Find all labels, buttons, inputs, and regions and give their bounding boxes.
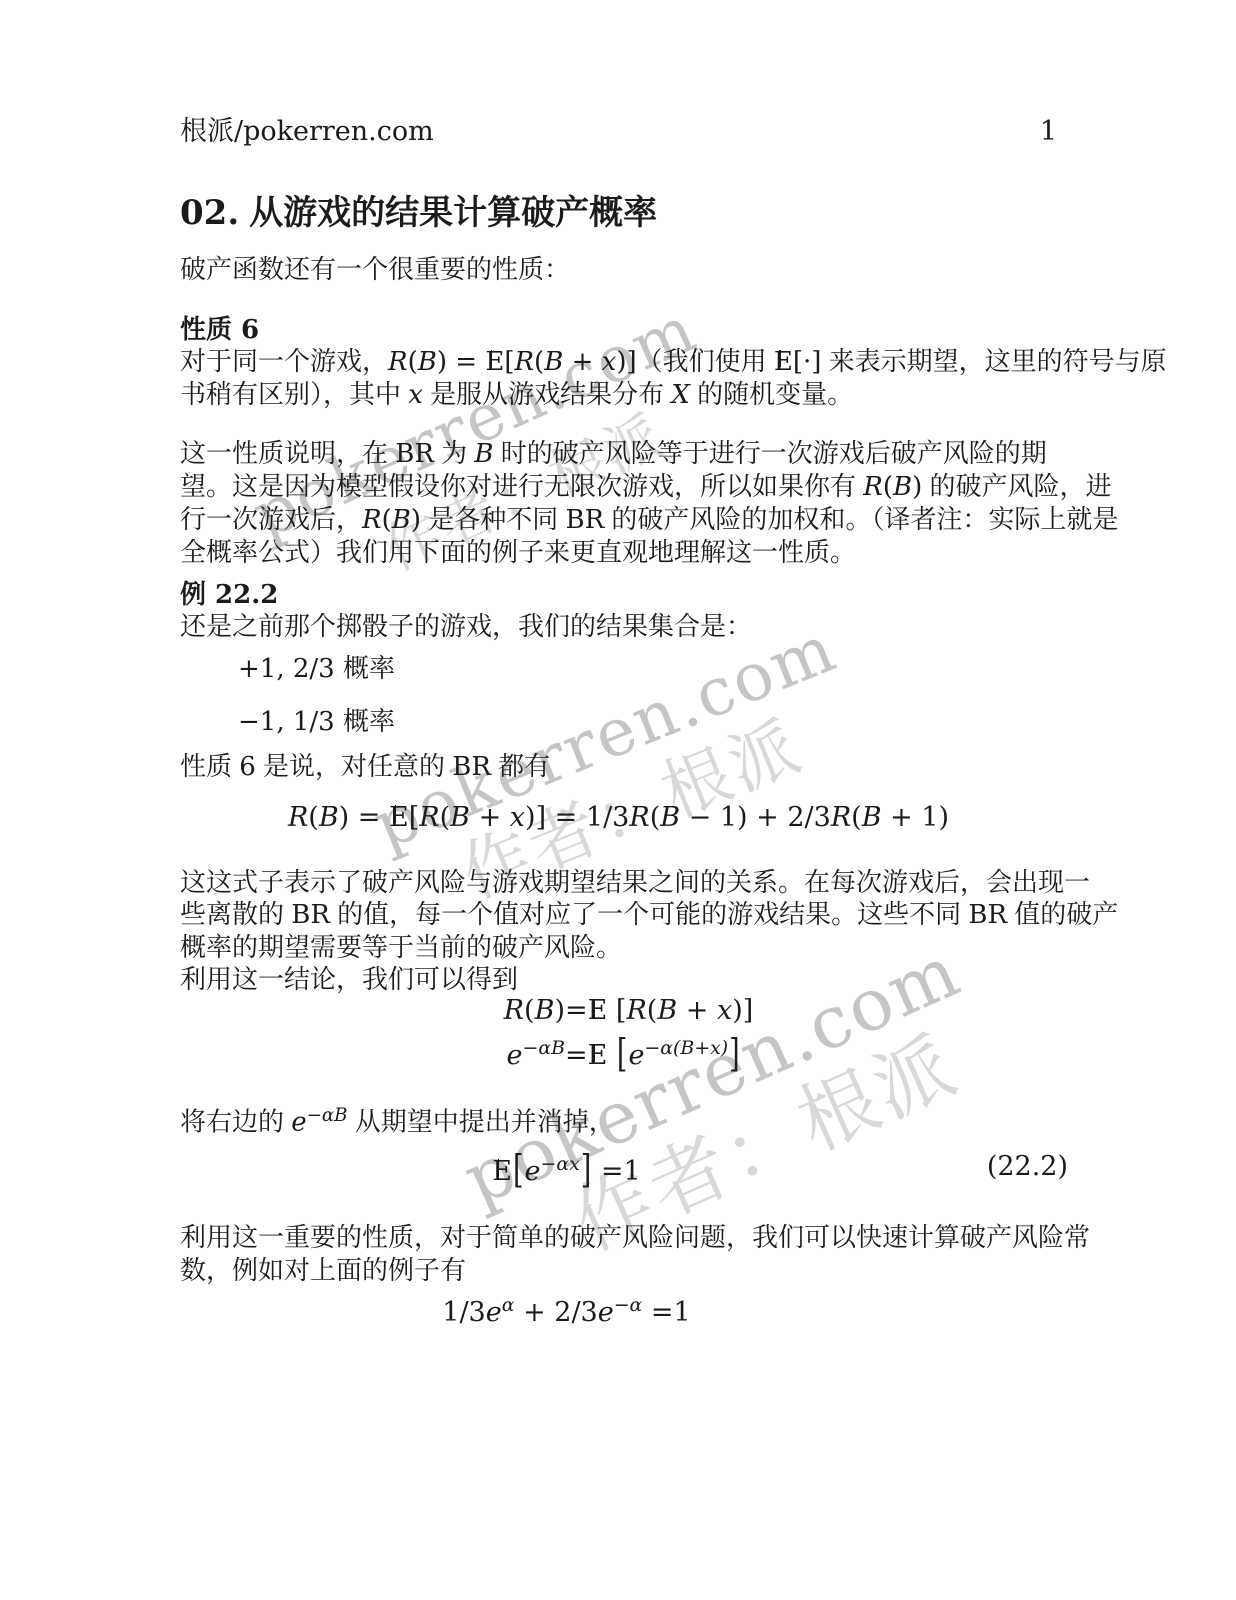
usage-paragraph: 利用这一重要的性质，对于简单的破产风险问题，我们可以快速计算破产风险常 数，例如… — [180, 1221, 1090, 1287]
intro-paragraph: 破产函数还有一个很重要的性质： — [180, 253, 570, 285]
equation-main-row: E[e−αx] =1 (22.2) — [180, 1147, 1057, 1189]
equation-recursion: R(B) = E[R(B + x)] = 1/3R(B − 1) + 2/3R(… — [180, 800, 1057, 835]
page-title: 02.从游戏的结果计算破产概率 — [180, 193, 657, 233]
example-heading-number: 22.2 — [215, 580, 278, 610]
equation-example-row: 1/3eα + 2/3e−α =1 — [180, 1288, 1057, 1330]
text-line: 行一次游戏后，R(B) 是各种不同 BR 的破产风险的加权和。（译者注：实际上就… — [180, 503, 1118, 536]
outcome-line-win: +1, 2/3 概率 — [238, 652, 395, 685]
equation-rhs: =E [R(B + x)] — [565, 995, 753, 1026]
equation-main: E[e−αx] =1 — [492, 1147, 640, 1189]
header-site-label: 根派/pokerren.com — [180, 116, 434, 148]
relation-paragraph: 这这式子表示了破产风险与游戏期望结果之间的关系。在每次游戏后，会出现一 些离散的… — [180, 866, 1118, 995]
text-line: 数，例如对上面的例子有 — [180, 1254, 1090, 1287]
equation-rhs: =E [e−α(B+x)] — [565, 1033, 753, 1071]
equation-example: 1/3eα + 2/3e−α =1 — [442, 1288, 690, 1330]
text-line: 利用这一结论，我们可以得到 — [180, 963, 1118, 995]
example-intro-line: 还是之前那个掷骰子的游戏，我们的结果集合是： — [180, 610, 752, 642]
text-line: 对于同一个游戏，R(B) = E[R(B + x)]（我们使用 E[·] 来表示… — [180, 345, 1167, 378]
text-line: 全概率公式）我们用下面的例子来更直观地理解这一性质。 — [180, 536, 1118, 568]
aligned-equations: R(B) =E [R(B + x)] e−αB =E [e−α(B+x)] — [504, 995, 754, 1071]
page-header: 根派/pokerren.com 1 — [180, 116, 1057, 148]
document-page: pokerren.com 作者：根派 pokerren.com 作者：根派 po… — [0, 0, 1236, 1600]
title-number: 02. — [180, 193, 239, 233]
text-line: 些离散的 BR 的值，每一个值对应了一个可能的游戏结果。这些不同 BR 值的破产 — [180, 898, 1118, 931]
equation-derivation-block: R(B) =E [R(B + x)] e−αB =E [e−α(B+x)] — [180, 995, 1057, 1071]
explanation-paragraph: 这一性质说明，在 BR 为 B 时的破产风险等于进行一次游戏后破产风险的期 望。… — [180, 437, 1118, 568]
property-heading-number: 6 — [241, 315, 259, 345]
example-heading: 例22.2 — [180, 578, 278, 611]
text-line: 望。这是因为模型假设你对进行无限次游戏，所以如果你有 R(B) 的破产风险，进 — [180, 470, 1118, 503]
property-paragraph: 对于同一个游戏，R(B) = E[R(B + x)]（我们使用 E[·] 来表示… — [180, 345, 1167, 411]
equation-lhs: e−αB — [504, 1033, 565, 1071]
example-heading-label: 例 — [180, 579, 206, 609]
page-number: 1 — [1040, 116, 1057, 148]
cancel-line: 将右边的 e−αB 从期望中提出并消掉， — [180, 1100, 615, 1138]
title-text: 从游戏的结果计算破产概率 — [249, 194, 657, 232]
text-line: 这这式子表示了破产风险与游戏期望结果之间的关系。在每次游戏后，会出现一 — [180, 866, 1118, 898]
text-line: 利用这一重要的性质，对于简单的破产风险问题，我们可以快速计算破产风险常 — [180, 1221, 1090, 1254]
property-heading: 性质6 — [180, 313, 259, 346]
property-heading-label: 性质 — [180, 314, 232, 344]
equation-lhs: R(B) — [504, 995, 565, 1026]
text-line: 这一性质说明，在 BR 为 B 时的破产风险等于进行一次游戏后破产风险的期 — [180, 437, 1118, 470]
outcome-line-lose: −1, 1/3 概率 — [238, 705, 395, 738]
equation-number-tag: (22.2) — [987, 1150, 1068, 1184]
text-line: 概率的期望需要等于当前的破产风险。 — [180, 931, 1118, 963]
property-recall-line: 性质 6 是说，对任意的 BR 都有 — [180, 750, 550, 783]
content-layer: 根派/pokerren.com 1 02.从游戏的结果计算破产概率 破产函数还有… — [0, 0, 1236, 1600]
text-line: 书稍有区别），其中 x 是服从游戏结果分布 X 的随机变量。 — [180, 378, 1167, 411]
